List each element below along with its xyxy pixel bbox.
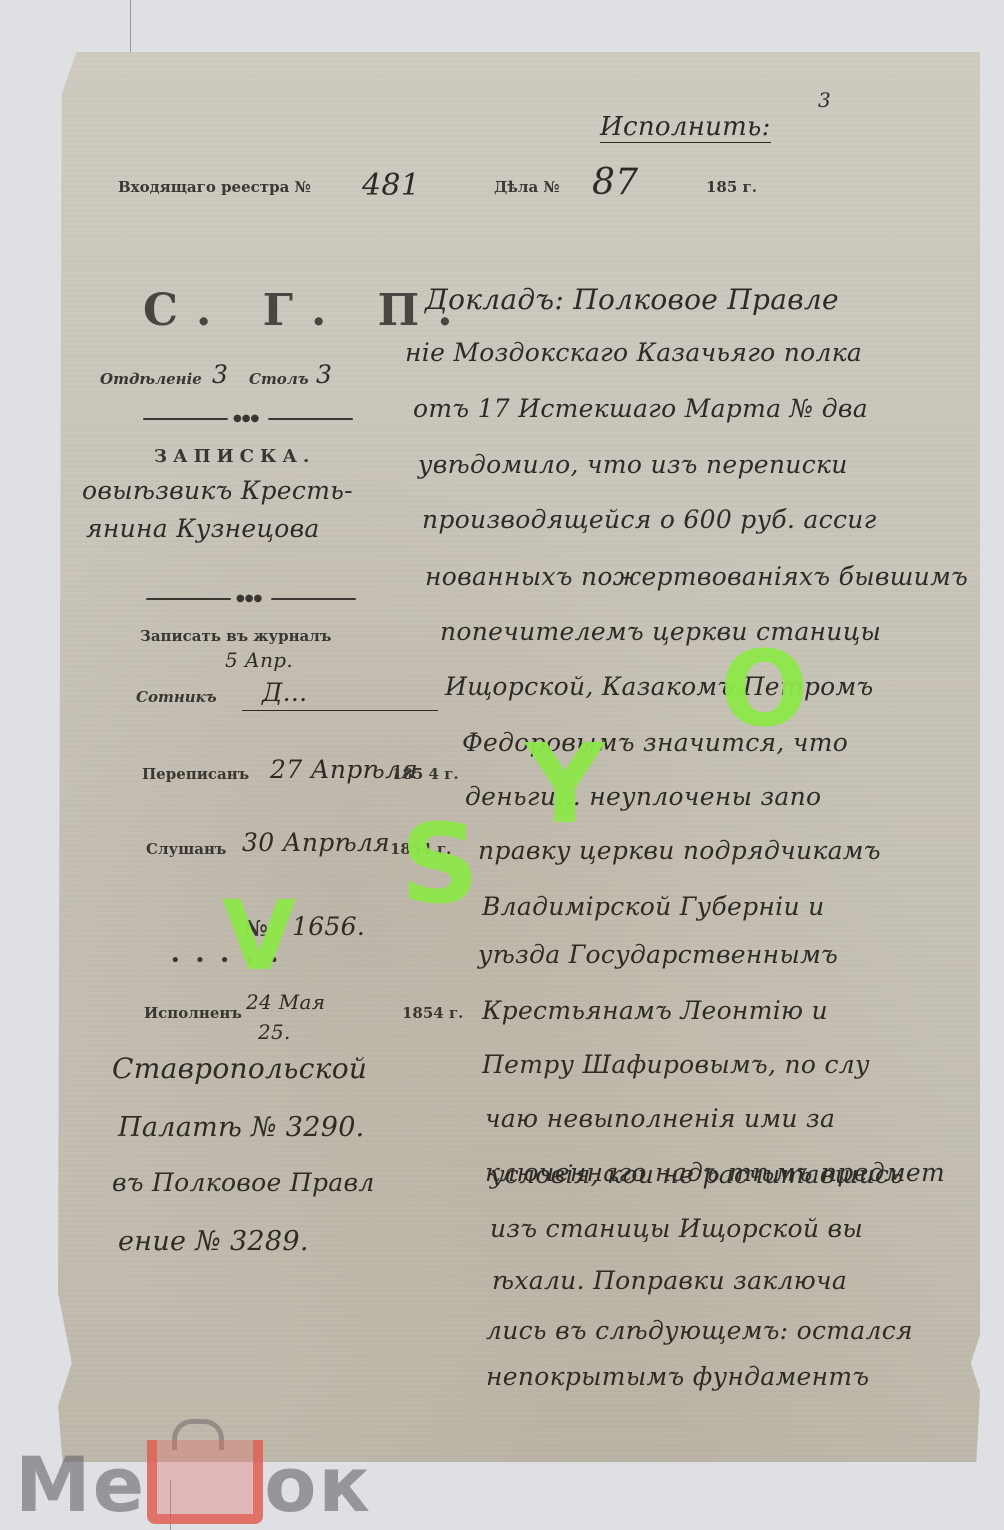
overlay-letter-s: S: [400, 800, 479, 928]
rewritten-label: Переписанъ: [142, 765, 249, 783]
executed-date: 24 Мая: [246, 990, 325, 1014]
report-line: чаю невыполненія ими за: [485, 1104, 835, 1133]
report-line: Владимірской Губерніи и: [482, 892, 825, 921]
report-line: нованныхъ пожертвованіяхъ бывшимъ: [425, 562, 968, 591]
report-line: деньги... неуплочены запо: [465, 782, 821, 811]
journal-date: 5 Апр.: [225, 648, 293, 672]
watermark-logo: Меок: [15, 1440, 372, 1529]
watermark-text-left: Ме: [15, 1440, 146, 1529]
department-value: 3: [212, 360, 228, 389]
incoming-register-number: 481: [362, 168, 420, 203]
report-line: попечителемъ церкви станицы: [440, 617, 881, 646]
year-label: 185 г.: [706, 178, 757, 196]
executed-label: Исполненъ: [144, 1004, 242, 1022]
department-label: Отдѣленіе: [100, 370, 202, 388]
executed-year: 1854 г.: [402, 1004, 463, 1022]
report-line: Докладъ: Полковое Правле: [425, 283, 839, 316]
subject-line-1: овыѣзвикъ Кресть-: [82, 476, 353, 505]
report-line: условія, кои не расчитавшись: [490, 1160, 903, 1189]
left-note-line-4: ение № 3289.: [118, 1226, 309, 1257]
centurion-signature: Д...: [262, 678, 307, 707]
case-number: 87: [592, 162, 638, 203]
desk-value: 3: [316, 360, 332, 389]
report-line: ніе Моздокскаго Казачьяго полка: [405, 338, 862, 367]
report-line: Крестьянамъ Леонтію и: [482, 996, 828, 1025]
overlay-letter-o: O: [720, 628, 808, 750]
entry-number: 1656.: [292, 912, 365, 941]
watermark-text-right: ок: [264, 1440, 372, 1529]
executed-extra: 25.: [258, 1020, 291, 1044]
rewritten-year: 185 4 г.: [392, 765, 459, 783]
page-number: 3: [818, 88, 831, 112]
desk-label: Столъ: [249, 370, 309, 388]
report-line: лись въ слѣдующемъ: остался: [486, 1316, 913, 1345]
report-line: уѣзда Государственнымъ: [478, 940, 838, 969]
report-line: непокрытымъ фундаментъ: [486, 1362, 869, 1391]
ornamental-divider: ●●●: [146, 596, 356, 602]
overlay-letter-v: V: [222, 880, 296, 992]
report-line: изъ станицы Ищорской вы: [490, 1214, 863, 1243]
office-monogram: С. Г. П.: [143, 285, 471, 336]
ornamental-divider: ●●●: [143, 416, 353, 422]
left-note-line-3: въ Полковое Правл: [112, 1168, 375, 1197]
overlay-letter-y: Y: [525, 720, 605, 848]
incoming-register-label: Входящаго реестра №: [118, 178, 311, 196]
document-title: ЗАПИСКА.: [154, 446, 315, 467]
report-line: отъ 17 Истекшаго Марта № два: [413, 394, 868, 423]
report-line: ѣхали. Поправки заключа: [492, 1266, 847, 1295]
subject-line-2: янина Кузнецова: [86, 514, 320, 543]
report-line: Петру Шафировымъ, по слу: [482, 1050, 870, 1079]
journal-label: Записать въ журналъ: [140, 627, 331, 645]
left-note-line-1: Ставропольской: [112, 1052, 367, 1085]
centurion-label: Сотникъ: [136, 688, 217, 706]
report-line: производящейся о 600 руб. ассиг: [422, 505, 877, 534]
signature-underline: [242, 710, 438, 711]
left-note-line-2: Палатѣ № 3290.: [118, 1112, 365, 1143]
report-line: увѣдомило, что изъ переписки: [418, 450, 848, 479]
heard-date: 30 Апрѣля: [242, 828, 390, 857]
report-line: Ищорской, Казакомъ Петромъ: [445, 672, 874, 701]
background-guide-line: [130, 0, 131, 52]
case-label: Дѣла №: [494, 178, 560, 196]
heard-label: Слушанъ: [146, 840, 226, 858]
resolution-note: Исполнить:: [600, 112, 771, 143]
